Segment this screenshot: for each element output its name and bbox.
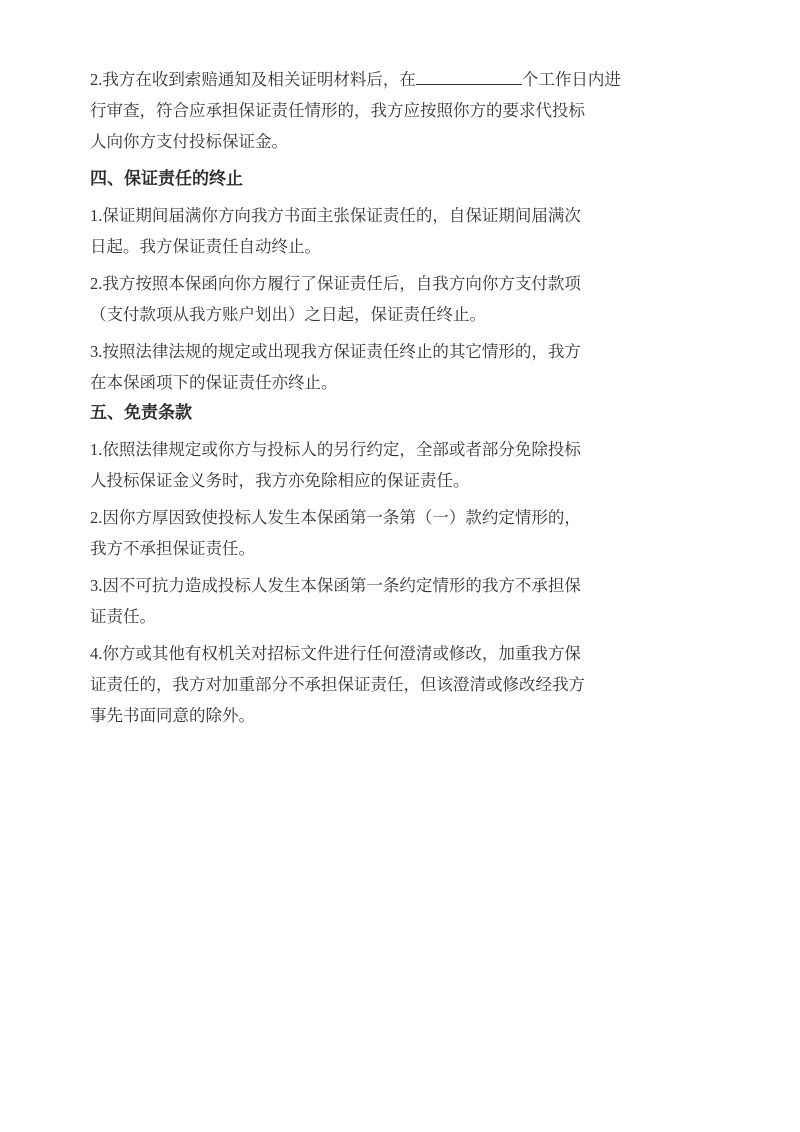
text-line: （支付款项从我方账户划出）之日起，保证责任终止。 xyxy=(90,299,590,330)
paragraph-termination-3: 3.按照法律法规的规定或出现我方保证责任终止的其它情形的，我方 在本保函项下的保… xyxy=(90,336,590,398)
paragraph-exemption-1: 1.依照法律规定或你方与投标人的另行约定，全部或者部分免除投标 人投标保证金义务… xyxy=(90,434,590,496)
text-line: 1.保证期间届满你方向我方书面主张保证责任的，自保证期间届满次 xyxy=(90,200,590,231)
text-line: 3.因不可抗力造成投标人发生本保函第一条约定情形的我方不承担保 xyxy=(90,570,590,601)
text-segment-after-blank: 个工作日内进 xyxy=(522,70,621,89)
text-line: 2.我方按照本保函向你方履行了保证责任后，自我方向你方支付款项 xyxy=(90,268,590,299)
text-line: 证责任的，我方对加重部分不承担保证责任，但该澄清或修改经我方 xyxy=(90,669,590,700)
text-line: 4.你方或其他有权机关对招标文件进行任何澄清或修改，加重我方保 xyxy=(90,638,590,669)
paragraph-termination-1: 1.保证期间届满你方向我方书面主张保证责任的，自保证期间届满次 日起。我方保证责… xyxy=(90,200,590,262)
blank-underline xyxy=(416,70,522,85)
section-heading-exemption: 五、免责条款 xyxy=(90,397,590,428)
text-line: 人投标保证金义务时，我方亦免除相应的保证责任。 xyxy=(90,465,590,496)
text-line: 在本保函项下的保证责任亦终止。 xyxy=(90,367,590,398)
text-line: 人向你方支付投标保证金。 xyxy=(90,126,590,157)
text-line: 证责任。 xyxy=(90,601,590,632)
paragraph-claim-review: 2.我方在收到索赔通知及相关证明材料后，在个工作日内进 行审查，符合应承担保证责… xyxy=(90,64,590,157)
paragraph-exemption-4: 4.你方或其他有权机关对招标文件进行任何澄清或修改，加重我方保 证责任的，我方对… xyxy=(90,638,590,731)
text-line: 事先书面同意的除外。 xyxy=(90,700,590,731)
section-heading-termination: 四、保证责任的终止 xyxy=(90,163,590,194)
paragraph-exemption-2: 2.因你方厚因致使投标人发生本保函第一条第（一）款约定情形的， 我方不承担保证责… xyxy=(90,502,590,564)
text-segment-before-blank: 2.我方在收到索赔通知及相关证明材料后，在 xyxy=(90,70,416,89)
text-line: 日起。我方保证责任自动终止。 xyxy=(90,231,590,262)
text-line: 1.依照法律规定或你方与投标人的另行约定，全部或者部分免除投标 xyxy=(90,434,590,465)
text-line: 我方不承担保证责任。 xyxy=(90,533,590,564)
text-line: 行审查，符合应承担保证责任情形的，我方应按照你方的要求代投标 xyxy=(90,95,590,126)
text-line: 3.按照法律法规的规定或出现我方保证责任终止的其它情形的，我方 xyxy=(90,336,590,367)
text-line: 2.我方在收到索赔通知及相关证明材料后，在个工作日内进 xyxy=(90,64,590,95)
paragraph-exemption-3: 3.因不可抗力造成投标人发生本保函第一条约定情形的我方不承担保 证责任。 xyxy=(90,570,590,632)
document-content: 2.我方在收到索赔通知及相关证明材料后，在个工作日内进 行审查，符合应承担保证责… xyxy=(90,64,590,737)
text-line: 2.因你方厚因致使投标人发生本保函第一条第（一）款约定情形的， xyxy=(90,502,590,533)
paragraph-termination-2: 2.我方按照本保函向你方履行了保证责任后，自我方向你方支付款项 （支付款项从我方… xyxy=(90,268,590,330)
